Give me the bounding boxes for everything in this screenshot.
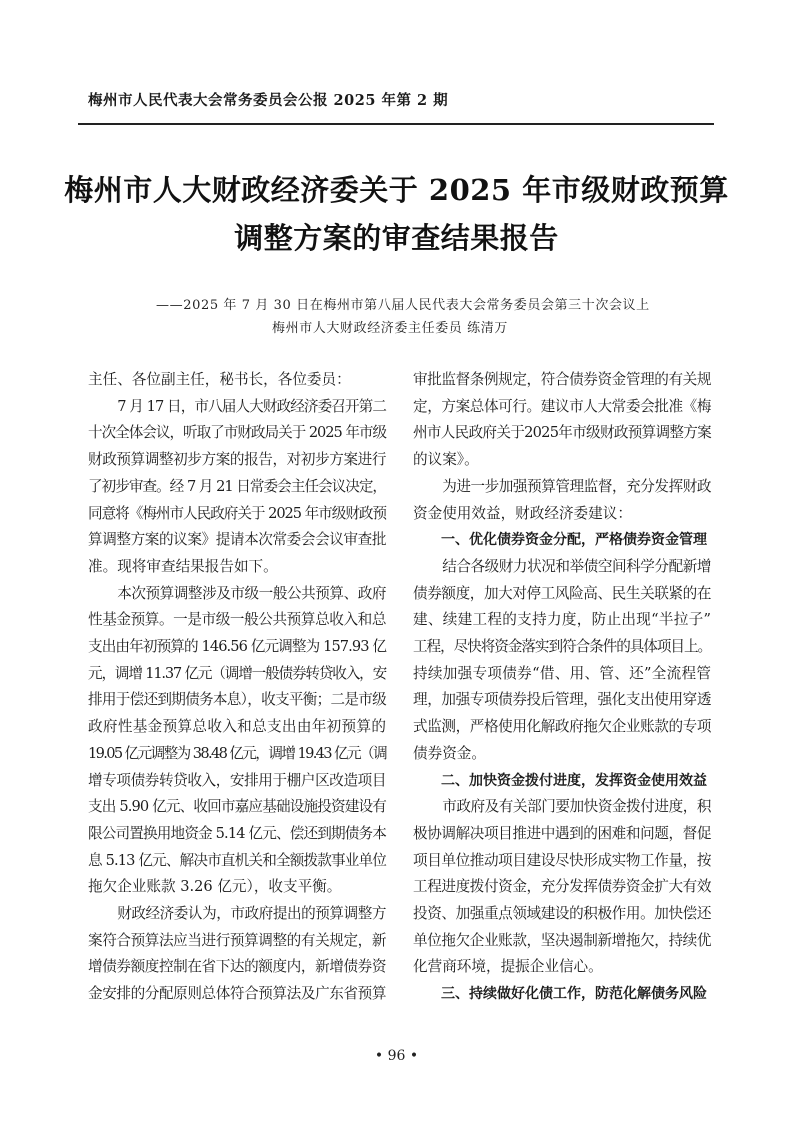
document-title-line-1: 梅州市人大财政经济委关于 2025 年市级财政预算 [0,168,793,209]
body-text-line: 了初步审查。经 7 月 21 日常委会主任会议决定， [88,474,386,501]
body-text-line: 州市人民政府关于2025年市级财政预算调整方案 [413,420,711,447]
body-text-line: 持续加强专项债券“借、用、管、还”全流程管 [413,661,711,688]
body-text-line: 性基金预算。一是市级一般公共预算总收入和总 [88,607,386,634]
body-text-line: 极协调解决项目推进中遇到的困难和问题，督促 [413,821,711,848]
body-text-line: 准。现将审查结果报告如下。 [88,554,386,581]
body-text-line: 债券额度，加大对停工风险高、民生关联紧的在 [413,581,711,608]
page-number: • 96 • [0,1048,793,1064]
body-text-line: 限公司置换用地资金 5.14 亿元、偿还到期债务本 [88,821,386,848]
body-text-line: 理，加强专项债券投后管理，强化支出使用穿透 [413,687,711,714]
body-text-line: 十次全体会议，听取了市财政局关于 2025 年市级 [88,420,386,447]
section-heading: 二、加快资金拨付进度，发挥资金使用效益 [413,768,711,795]
header-rule [78,123,714,125]
body-text-line: 支出 5.90 亿元、收回市嘉应基础设施投资建设有 [88,794,386,821]
section-heading: 一、优化债券资金分配，严格债券资金管理 [413,527,711,554]
body-text-line: 元，调增 11.37 亿元（调增一般债券转贷收入，安 [88,661,386,688]
body-text-line: 的议案》。 [413,447,711,474]
body-text-line: 审批监督条例规定，符合债券资金管理的有关规 [413,367,711,394]
body-text-line: 拖欠企业账款 3.26 亿元），收支平衡。 [88,874,386,901]
body-text-line: 式监测，严格使用化解政府拖欠企业账款的专项 [413,714,711,741]
body-text-line: 息 5.13 亿元、解决市直机关和全额拨款事业单位 [88,848,386,875]
body-text-line: 财政经济委认为，市政府提出的预算调整方 [88,901,386,928]
section-heading: 三、持续做好化债工作，防范化解债务风险 [413,981,711,1008]
body-text-line: 算调整方案的议案》提请本次常委会会议审查批 [88,527,386,554]
body-text-line: 市政府及有关部门要加快资金拨付进度，积 [413,794,711,821]
body-text-line: 增专项债券转贷收入，安排用于棚户区改造项目 [88,768,386,795]
body-text-line: 排用于偿还到期债务本息），收支平衡；二是市级 [88,687,386,714]
right-column: 审批监督条例规定，符合债券资金管理的有关规定，方案总体可行。建议市人大常委会批准… [413,367,711,1008]
body-text-line: 化营商环境，提振企业信心。 [413,954,711,981]
author-line: 梅州市人大财政经济委主任委员 练清万 [272,317,508,336]
running-header: 梅州市人民代表大会常务委员会公报 2025 年第 2 期 [88,89,448,110]
body-text-line: 增债券额度控制在省下达的额度内，新增债券资 [88,954,386,981]
body-text-line: 本次预算调整涉及市级一般公共预算、政府 [88,581,386,608]
body-text-line: 支出由年初预算的 146.56 亿元调整为 157.93 亿 [88,634,386,661]
body-text-line: 主任、各位副主任，秘书长，各位委员： [88,367,386,394]
body-text-line: 19.05 亿元调整为 38.48 亿元，调增 19.43 亿元（调 [88,741,386,768]
body-text-line: 财政预算调整初步方案的报告，对初步方案进行 [88,447,386,474]
body-text-line: 7 月 17 日，市八届人大财政经济委召开第二 [88,394,386,421]
body-text-line: 为进一步加强预算管理监督，充分发挥财政 [413,474,711,501]
body-text-line: 政府性基金预算总收入和总支出由年初预算的 [88,714,386,741]
left-column: 主任、各位副主任，秘书长，各位委员：7 月 17 日，市八届人大财政经济委召开第… [88,367,386,1008]
document-title-line-2: 调整方案的审查结果报告 [0,216,793,257]
body-text-line: 同意将《梅州市人民政府关于 2025 年市级财政预 [88,501,386,528]
body-text-line: 债券资金。 [413,741,711,768]
body-text-line: 建、续建工程的支持力度，防止出现“半拉子” [413,607,711,634]
body-text-line: 结合各级财力状况和举债空间科学分配新增 [413,554,711,581]
body-text-line: 资金使用效益，财政经济委建议： [413,501,711,528]
body-text-line: 金安排的分配原则总体符合预算法及广东省预算 [88,981,386,1008]
body-text-line: 单位拖欠企业账款，坚决遏制新增拖欠，持续优 [413,928,711,955]
body-text-line: 工程，尽快将资金落实到符合条件的具体项目上。 [413,634,711,661]
body-text-line: 案符合预算法应当进行预算调整的有关规定，新 [88,928,386,955]
body-text-line: 项目单位推动项目建设尽快形成实物工作量，按 [413,848,711,875]
body-text-line: 定，方案总体可行。建议市人大常委会批准《梅 [413,394,711,421]
meeting-subtitle: ——2025 年 7 月 30 日在梅州市第八届人民代表大会常务委员会第三十次会… [156,294,650,313]
body-text-line: 工程进度拨付资金，充分发挥债券资金扩大有效 [413,874,711,901]
body-text-line: 投资、加强重点领域建设的积极作用。加快偿还 [413,901,711,928]
